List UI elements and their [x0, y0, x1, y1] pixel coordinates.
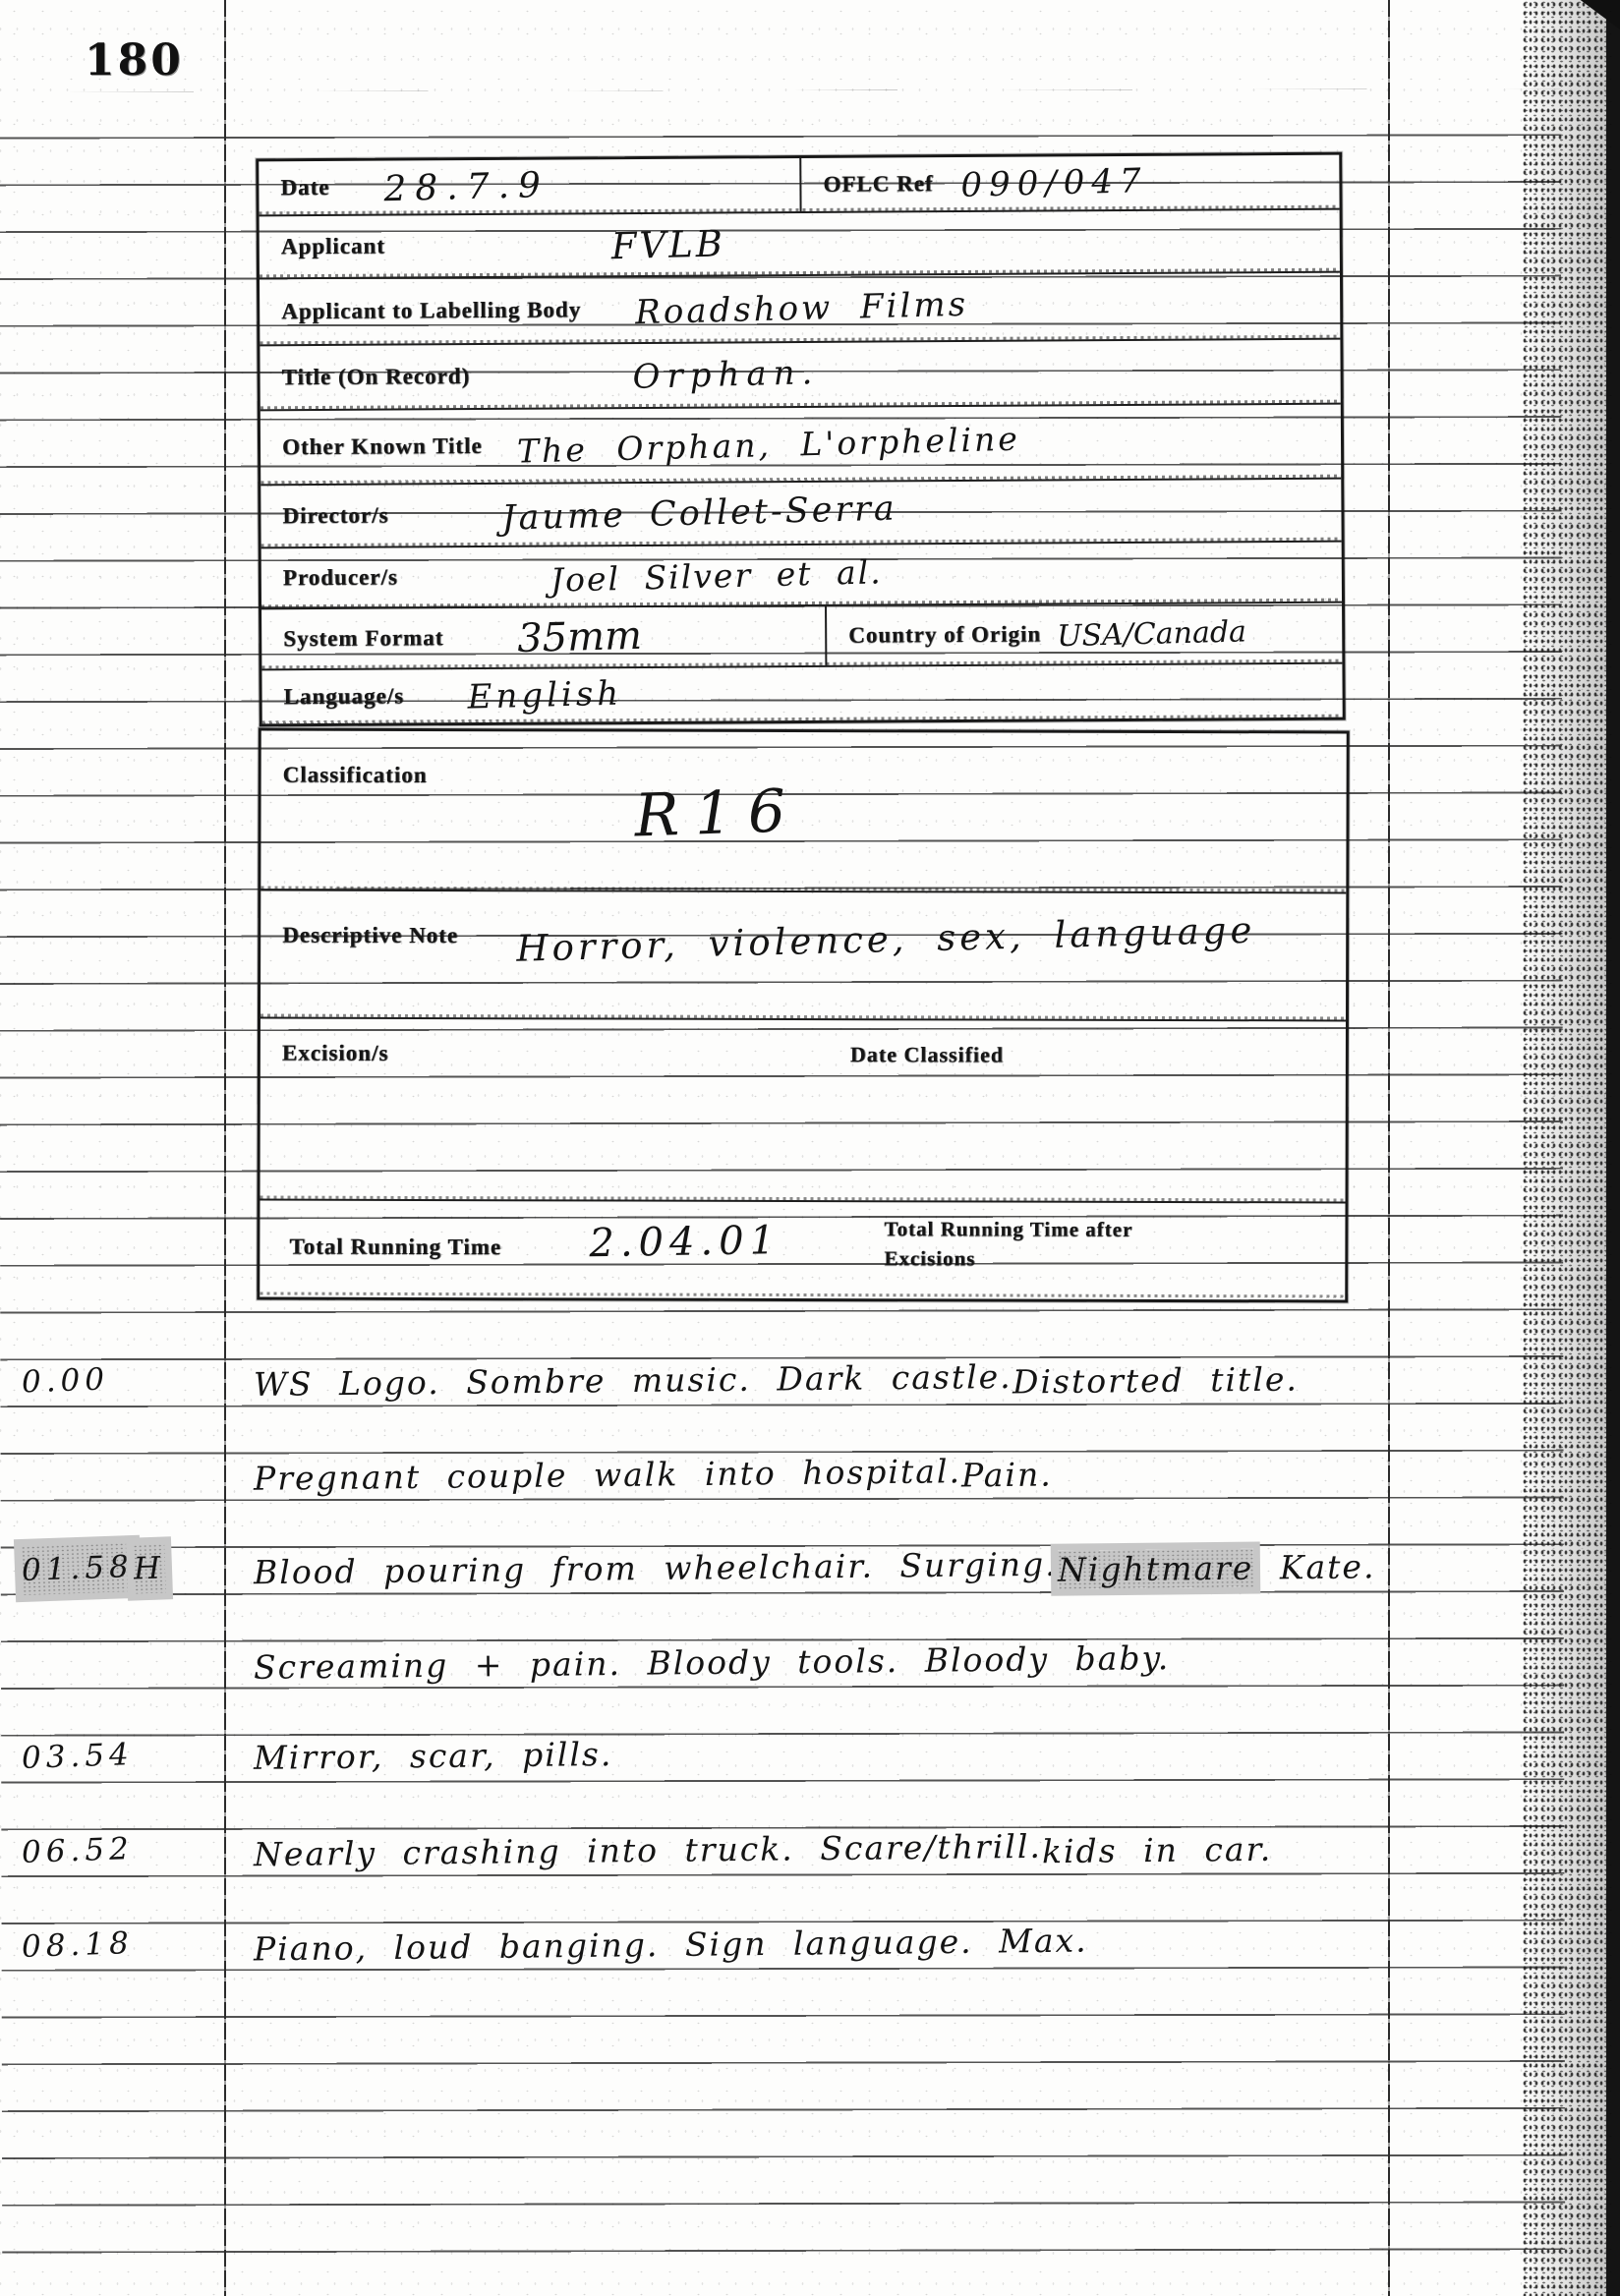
other-known-title-label: Other Known Title [282, 433, 483, 460]
note-text-line: Nearly crashing into truck. Scare/thrill… [254, 1822, 1042, 1878]
producers-value: Joel Silver et al. [550, 552, 883, 600]
applicant-to-labelling-body-row: Applicant to Labelling Body Roadshow Fil… [260, 273, 1340, 347]
descriptive-note-value: Horror, violence, sex, language [516, 909, 1256, 970]
timecode-value: 06.52 [21, 1824, 134, 1877]
note-text-segment: Pain. [961, 1456, 1053, 1495]
date-oflc-row: Date 28.7.9 OFLC Ref 090/047 [259, 155, 1339, 217]
directors-row: Director/s Jaume Collet-Serra [260, 480, 1341, 549]
country-of-origin-cell: Country of Origin USA/Canada [827, 603, 1246, 665]
note-timecode [0, 1451, 224, 1499]
classification-section: Classification R16 [260, 731, 1346, 894]
applicant-label: Applicant [281, 234, 385, 260]
note-text-segment: Screaming + pain. Bloody tools. Bloody b… [254, 1638, 1171, 1687]
descriptive-note-label: Descriptive Note [282, 923, 458, 948]
languages-label: Language/s [284, 683, 405, 710]
note-text-line: Mirror, scar, pills. [254, 1730, 613, 1782]
scan-edge-strip [1606, 0, 1620, 2296]
note-text-segment: Mirror, scar, pills. [254, 1735, 613, 1777]
note-row: 01.58HBlood pouring from wheelchair. Sur… [0, 1544, 1573, 1593]
note-row: 06.52Nearly crashing into truck. Scare/t… [0, 1826, 1573, 1875]
system-format-row: System Format 35mm Country of Origin USA… [261, 603, 1342, 671]
producers-row: Producer/s Joel Silver et al. [261, 543, 1342, 610]
note-text-segment: WS Logo. Sombre music. Dark castle. [254, 1357, 1012, 1404]
note-timecode: 0.00 [0, 1356, 224, 1406]
note-row: 08.18Piano, loud banging. Sign language.… [0, 1921, 1573, 1970]
film-details-stamp: Date 28.7.9 OFLC Ref 090/047 Applicant F… [256, 152, 1346, 727]
note-text-line: Blood pouring from wheelchair. Surging. [254, 1540, 1058, 1597]
note-row: 0.00WS Logo. Sombre music. Dark castle.D… [0, 1356, 1573, 1406]
other-known-title-value: The Orphan, L'orpheline [516, 419, 1020, 470]
note-text: Blood pouring from wheelchair. Surging.N… [224, 1544, 1573, 1593]
note-row: Pregnant couple walk into hospital.Pain. [0, 1451, 1573, 1499]
note-text: Mirror, scar, pills. [224, 1732, 1573, 1781]
classification-stamp: Classification R16 Descriptive Note Horr… [257, 728, 1350, 1303]
oflc-ref-cell: OFLC Ref 090/047 [801, 156, 1148, 211]
title-on-record-value: Orphan. [632, 353, 820, 397]
date-cell: Date 28.7.9 [259, 158, 801, 214]
note-timecode [0, 1638, 224, 1687]
directors-label: Director/s [282, 503, 388, 530]
date-value: 28.7.9 [383, 164, 550, 208]
note-text-line: Distorted title. [1012, 1354, 1298, 1406]
applicant-to-labelling-body-value: Roadshow Films [635, 285, 969, 333]
note-text-line: Piano, loud banging. Sign language. Max. [254, 1917, 1088, 1974]
timecode-value: H [133, 1543, 166, 1593]
total-running-time-after-excisions-label: Total Running Time after Excisions [884, 1214, 1218, 1275]
applicant-value: FVLB [610, 222, 725, 267]
note-text-line: WS Logo. Sombre music. Dark castle. [254, 1352, 1012, 1408]
note-text: Screaming + pain. Bloody tools. Bloody b… [224, 1638, 1573, 1687]
note-row: Screaming + pain. Bloody tools. Bloody b… [0, 1638, 1573, 1687]
oflc-ref-label: OFLC Ref [823, 171, 933, 198]
country-of-origin-value: USA/Canada [1057, 614, 1247, 654]
note-text-segment: Pregnant couple walk into hospital. [254, 1452, 961, 1498]
excisions-section: Excision/s Date Classified [260, 1019, 1346, 1204]
note-text-segment: Blood pouring from wheelchair. Surging. [254, 1545, 1058, 1592]
note-text-segment: kids in car. [1042, 1830, 1273, 1870]
oflc-ref-value: 090/047 [960, 161, 1148, 205]
date-classified-label: Date Classified [850, 1042, 1004, 1067]
applicant-row: Applicant FVLB [260, 210, 1340, 280]
classification-value: R16 [633, 776, 802, 850]
note-text-segment: Distorted title. [1012, 1359, 1299, 1401]
timecode-value: 0.00 [21, 1354, 110, 1406]
languages-value: English [468, 674, 624, 717]
other-known-title-row: Other Known Title The Orphan, L'orphelin… [260, 405, 1341, 487]
scanned-classification-record-page: 180 Date 28.7.9 OFLC Ref 090/047 Applica… [0, 0, 1620, 2296]
note-text: Nearly crashing into truck. Scare/thrill… [224, 1826, 1573, 1875]
total-running-time-value: 2.04.01 [589, 1218, 781, 1266]
note-text-line: Pain. [961, 1451, 1053, 1500]
timecode-value: 03.54 [21, 1730, 134, 1783]
note-timecode: 03.54 [0, 1732, 224, 1781]
system-format-label: System Format [283, 625, 443, 652]
descriptive-note-section: Descriptive Note Horror, violence, sex, … [260, 891, 1346, 1022]
viewing-notes: 0.00WS Logo. Sombre music. Dark castle.D… [0, 1356, 1573, 2015]
total-running-time-label: Total Running Time [289, 1234, 501, 1261]
note-text: Pregnant couple walk into hospital.Pain. [224, 1451, 1573, 1499]
title-on-record-label: Title (On Record) [282, 364, 471, 390]
note-text-line: Pregnant couple walk into hospital. [254, 1447, 961, 1503]
page-number: 180 [85, 35, 184, 86]
note-row: 03.54Mirror, scar, pills. [0, 1732, 1573, 1781]
system-format-cell: System Format 35mm [261, 606, 827, 669]
note-text: WS Logo. Sombre music. Dark castle.Disto… [224, 1356, 1573, 1406]
note-text-segment: Kate. [1253, 1547, 1376, 1586]
directors-value: Jaume Collet-Serra [501, 489, 897, 539]
title-on-record-row: Title (On Record) Orphan. [260, 340, 1340, 412]
country-of-origin-label: Country of Origin [848, 622, 1041, 649]
note-text-line: Screaming + pain. Bloody tools. Bloody b… [254, 1634, 1171, 1692]
note-text: Piano, loud banging. Sign language. Max. [224, 1921, 1573, 1970]
note-timecode: 08.18 [0, 1921, 224, 1970]
timecode-value: 08.18 [21, 1919, 134, 1972]
note-timecode: 06.52 [0, 1826, 224, 1875]
note-text-line: kids in car. [1042, 1825, 1273, 1875]
total-running-time-section: Total Running Time 2.04.01 Total Running… [260, 1201, 1345, 1298]
note-text-line: Nightmare Kate. [1057, 1542, 1375, 1593]
highlighted-text: Nightmare [1057, 1549, 1253, 1589]
languages-row: Language/s English [261, 664, 1342, 724]
classification-label: Classification [283, 763, 428, 788]
applicant-to-labelling-body-label: Applicant to Labelling Body [281, 297, 581, 324]
producers-label: Producer/s [283, 565, 398, 592]
note-timecode: 01.58H [0, 1544, 224, 1593]
timecode-value: 01.58 [21, 1542, 134, 1595]
excisions-label: Excision/s [282, 1041, 388, 1066]
note-text-segment: Piano, loud banging. Sign language. Max. [254, 1922, 1088, 1969]
note-text-segment: Nearly crashing into truck. Scare/thrill… [254, 1827, 1042, 1873]
system-format-value: 35mm [517, 613, 643, 661]
date-label: Date [280, 175, 329, 201]
